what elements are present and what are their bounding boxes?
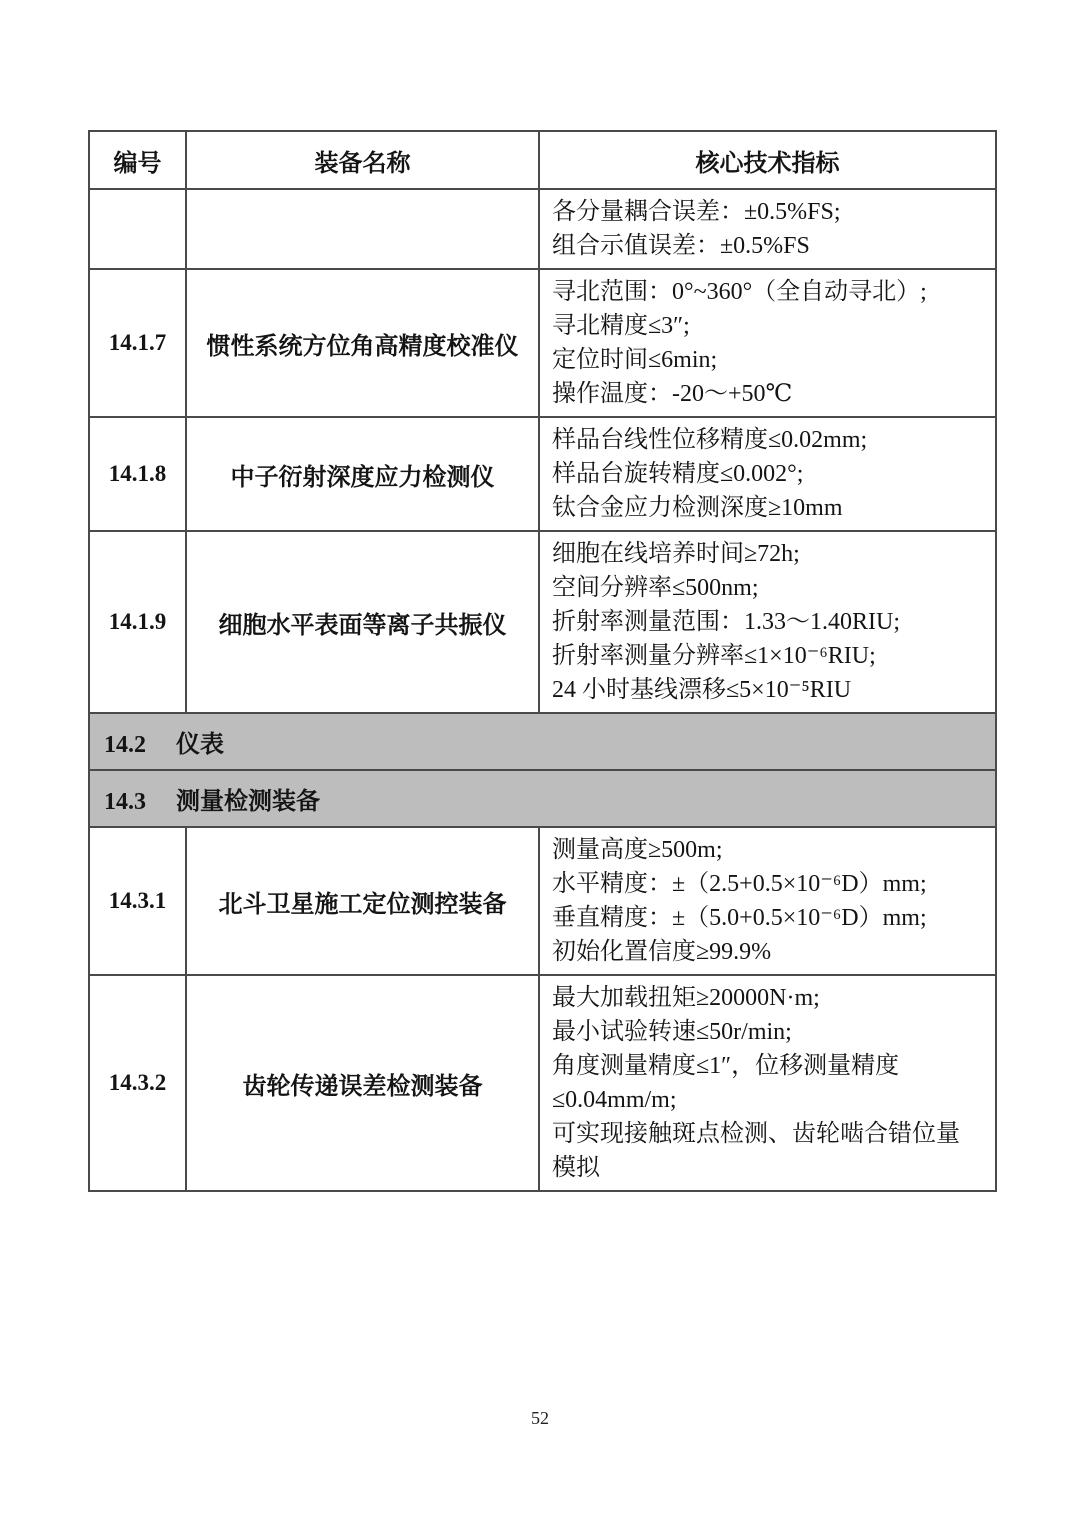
table-row: 14.3.1北斗卫星施工定位测控装备测量高度≥500m;水平精度：±（2.5+0… (89, 827, 996, 975)
spec-line: 组合示值误差：±0.5%FS (552, 229, 983, 263)
specs-cell: 细胞在线培养时间≥72h;空间分辨率≤500nm;折射率测量范围：1.33～1.… (539, 531, 996, 713)
equipment-name-cell (186, 189, 539, 269)
spec-line: 寻北精度≤3″; (552, 309, 983, 343)
document-page: 编号 装备名称 核心技术指标 各分量耦合误差：±0.5%FS;组合示值误差：±0… (0, 0, 1080, 1527)
section-row: 14.3测量检测装备 (89, 770, 996, 827)
row-id-cell: 14.1.8 (89, 417, 186, 531)
spec-line: 24 小时基线漂移≤5×10⁻⁵RIU (552, 673, 983, 707)
specs-cell: 寻北范围：0°~360°（全自动寻北）;寻北精度≤3″;定位时间≤6min;操作… (539, 269, 996, 417)
spec-line: 最小试验转速≤50r/min; (552, 1015, 983, 1049)
spec-line: 各分量耦合误差：±0.5%FS; (552, 195, 983, 229)
table-row: 各分量耦合误差：±0.5%FS;组合示值误差：±0.5%FS (89, 189, 996, 269)
section-label: 仪表 (176, 732, 224, 758)
spec-line: 空间分辨率≤500nm; (552, 571, 983, 605)
equipment-name-cell: 中子衍射深度应力检测仪 (186, 417, 539, 531)
spec-line: 测量高度≥500m; (552, 833, 983, 867)
table-row: 14.3.2齿轮传递误差检测装备最大加载扭矩≥20000N·m;最小试验转速≤5… (89, 975, 996, 1191)
equipment-name-cell: 惯性系统方位角高精度校准仪 (186, 269, 539, 417)
spec-line: 细胞在线培养时间≥72h; (552, 537, 983, 571)
spec-table: 编号 装备名称 核心技术指标 各分量耦合误差：±0.5%FS;组合示值误差：±0… (88, 130, 997, 1192)
spec-line: 水平精度：±（2.5+0.5×10⁻⁶D）mm; (552, 867, 983, 901)
spec-line: 可实现接触斑点检测、齿轮啮合错位量模拟 (552, 1117, 983, 1185)
table-header-row: 编号 装备名称 核心技术指标 (89, 131, 996, 189)
spec-line: 最大加载扭矩≥20000N·m; (552, 981, 983, 1015)
spec-line: 寻北范围：0°~360°（全自动寻北）; (552, 275, 983, 309)
specs-cell: 各分量耦合误差：±0.5%FS;组合示值误差：±0.5%FS (539, 189, 996, 269)
spec-line: 样品台线性位移精度≤0.02mm; (552, 423, 983, 457)
spec-line: 角度测量精度≤1″，位移测量精度≤0.04mm/m; (552, 1049, 983, 1117)
section-id: 14.2 (104, 732, 146, 759)
row-id-cell (89, 189, 186, 269)
equipment-name-cell: 细胞水平表面等离子共振仪 (186, 531, 539, 713)
row-id-cell: 14.1.7 (89, 269, 186, 417)
header-cell-specs: 核心技术指标 (539, 131, 996, 189)
spec-line: 折射率测量范围：1.33～1.40RIU; (552, 605, 983, 639)
page-number: 52 (0, 1408, 1080, 1429)
spec-line: 定位时间≤6min; (552, 343, 983, 377)
section-id: 14.3 (104, 789, 146, 816)
table-row: 14.1.7惯性系统方位角高精度校准仪寻北范围：0°~360°（全自动寻北）;寻… (89, 269, 996, 417)
row-id-cell: 14.3.1 (89, 827, 186, 975)
table-body: 各分量耦合误差：±0.5%FS;组合示值误差：±0.5%FS14.1.7惯性系统… (89, 189, 996, 1191)
table-row: 14.1.9细胞水平表面等离子共振仪细胞在线培养时间≥72h;空间分辨率≤500… (89, 531, 996, 713)
section-row: 14.2仪表 (89, 713, 996, 770)
specs-cell: 样品台线性位移精度≤0.02mm;样品台旋转精度≤0.002°;钛合金应力检测深… (539, 417, 996, 531)
spec-line: 钛合金应力检测深度≥10mm (552, 491, 983, 525)
specs-cell: 最大加载扭矩≥20000N·m;最小试验转速≤50r/min;角度测量精度≤1″… (539, 975, 996, 1191)
equipment-name-cell: 齿轮传递误差检测装备 (186, 975, 539, 1191)
row-id-cell: 14.3.2 (89, 975, 186, 1191)
spec-line: 样品台旋转精度≤0.002°; (552, 457, 983, 491)
specs-cell: 测量高度≥500m;水平精度：±（2.5+0.5×10⁻⁶D）mm;垂直精度：±… (539, 827, 996, 975)
section-cell: 14.2仪表 (89, 713, 996, 770)
spec-line: 垂直精度：±（5.0+0.5×10⁻⁶D）mm; (552, 901, 983, 935)
header-cell-name: 装备名称 (186, 131, 539, 189)
spec-line: 初始化置信度≥99.9% (552, 935, 983, 969)
header-cell-id: 编号 (89, 131, 186, 189)
equipment-name-cell: 北斗卫星施工定位测控装备 (186, 827, 539, 975)
row-id-cell: 14.1.9 (89, 531, 186, 713)
section-cell: 14.3测量检测装备 (89, 770, 996, 827)
section-label: 测量检测装备 (176, 789, 320, 815)
table-row: 14.1.8中子衍射深度应力检测仪样品台线性位移精度≤0.02mm;样品台旋转精… (89, 417, 996, 531)
spec-line: 操作温度：-20～+50℃ (552, 377, 983, 411)
spec-line: 折射率测量分辨率≤1×10⁻⁶RIU; (552, 639, 983, 673)
